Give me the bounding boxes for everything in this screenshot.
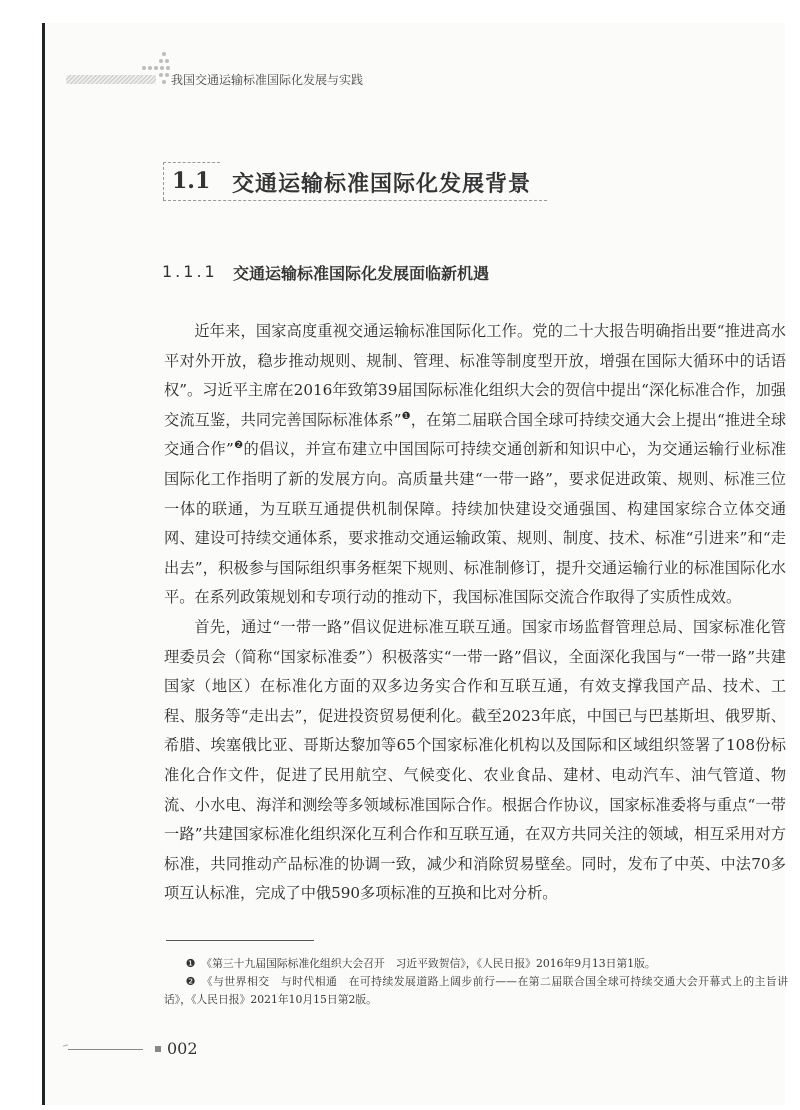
page-number: 002 xyxy=(167,1039,198,1058)
footnote-mark: ❷ xyxy=(186,975,196,988)
footnote-2: ❷《与世界相交 与时代相通 在可持续发展道路上阔步前行——在第二届联合国全球可持… xyxy=(164,973,788,1009)
subsection-number: 1.1.1 xyxy=(162,262,218,281)
footnote-text: 《与世界相交 与时代相通 在可持续发展道路上阔步前行——在第二届联合国全球可持续… xyxy=(164,975,788,1006)
footnote-ref-2[interactable]: ❷ xyxy=(234,440,244,451)
paragraph: 首先，通过“一带一路”倡议促进标准互联互通。国家市场监督管理总局、国家标准化管理… xyxy=(164,613,786,909)
page-number-rule xyxy=(68,1049,143,1050)
footnote-text: 《第三十九届国际标准化组织大会召开 习近平致贺信》，《人民日报》2016年9月1… xyxy=(201,957,655,970)
paragraph-text: 的倡议，并宣布建立中国国际可持续交通创新和知识中心，为交通运输行业标准国际化工作… xyxy=(164,440,786,606)
section-title: 交通运输标准国际化发展背景 xyxy=(232,167,531,198)
footnote-ref-1[interactable]: ❶ xyxy=(401,411,410,422)
subsection-title: 交通运输标准国际化发展面临新机遇 xyxy=(233,261,489,284)
footnotes: ❶《第三十九届国际标准化组织大会召开 习近平致贺信》，《人民日报》2016年9月… xyxy=(164,955,788,1009)
section-number: 1.1 xyxy=(172,168,210,194)
footnote-mark: ❶ xyxy=(186,957,196,970)
body-text: 近年来，国家高度重视交通运输标准国际化工作。党的二十大报告明确指出要“推进高水平… xyxy=(164,317,786,909)
footnote-separator xyxy=(166,940,314,941)
running-header-title: 我国交通运输标准国际化发展与实践 xyxy=(171,71,363,88)
page-number-square-icon xyxy=(155,1046,161,1052)
paragraph: 近年来，国家高度重视交通运输标准国际化工作。党的二十大报告明确指出要“推进高水平… xyxy=(164,317,786,613)
footnote-1: ❶《第三十九届国际标准化组织大会召开 习近平致贺信》，《人民日报》2016年9月… xyxy=(164,955,788,973)
